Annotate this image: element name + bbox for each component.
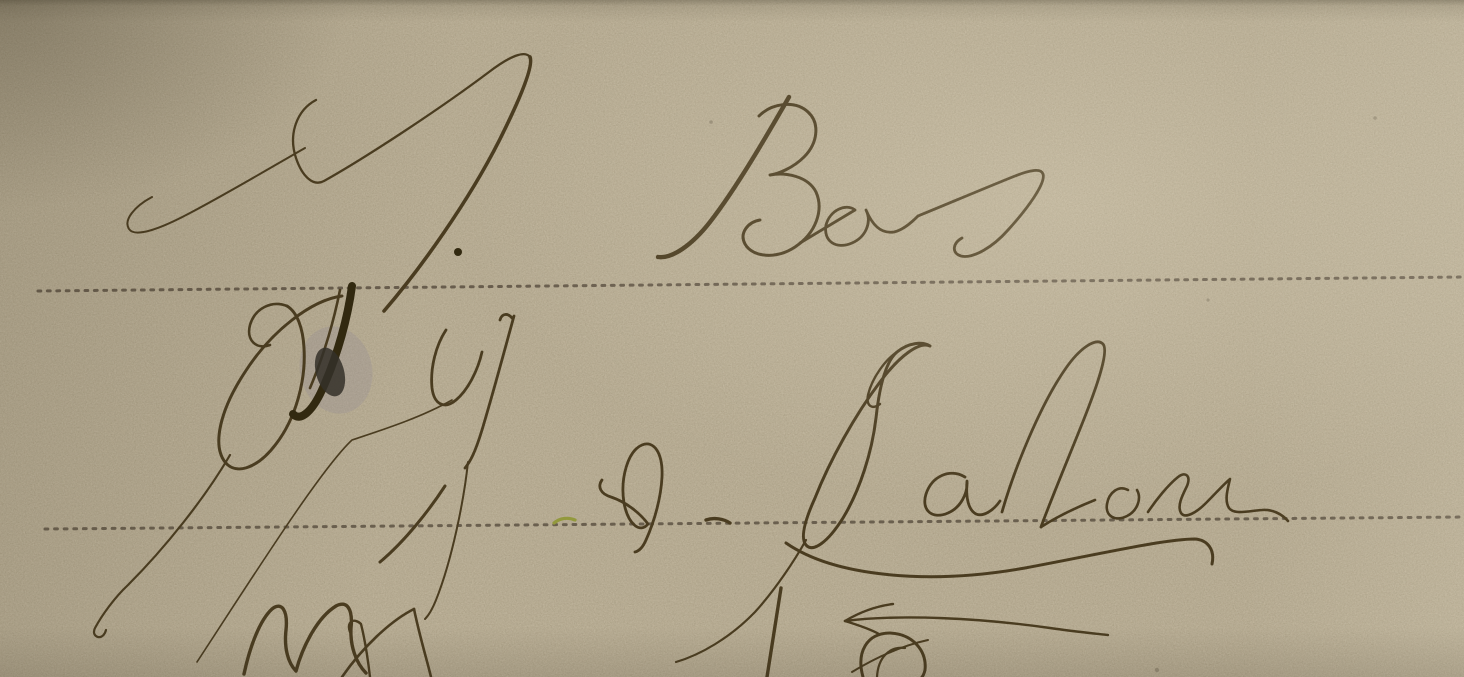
speck xyxy=(709,120,713,124)
speck xyxy=(1155,668,1159,672)
speck xyxy=(1206,298,1209,301)
speck xyxy=(1373,116,1377,120)
scanned-document-page xyxy=(0,0,1464,677)
signature-scan-canvas xyxy=(0,0,1464,677)
j-period-dot xyxy=(454,248,462,256)
paper-grain-light xyxy=(0,0,1464,677)
